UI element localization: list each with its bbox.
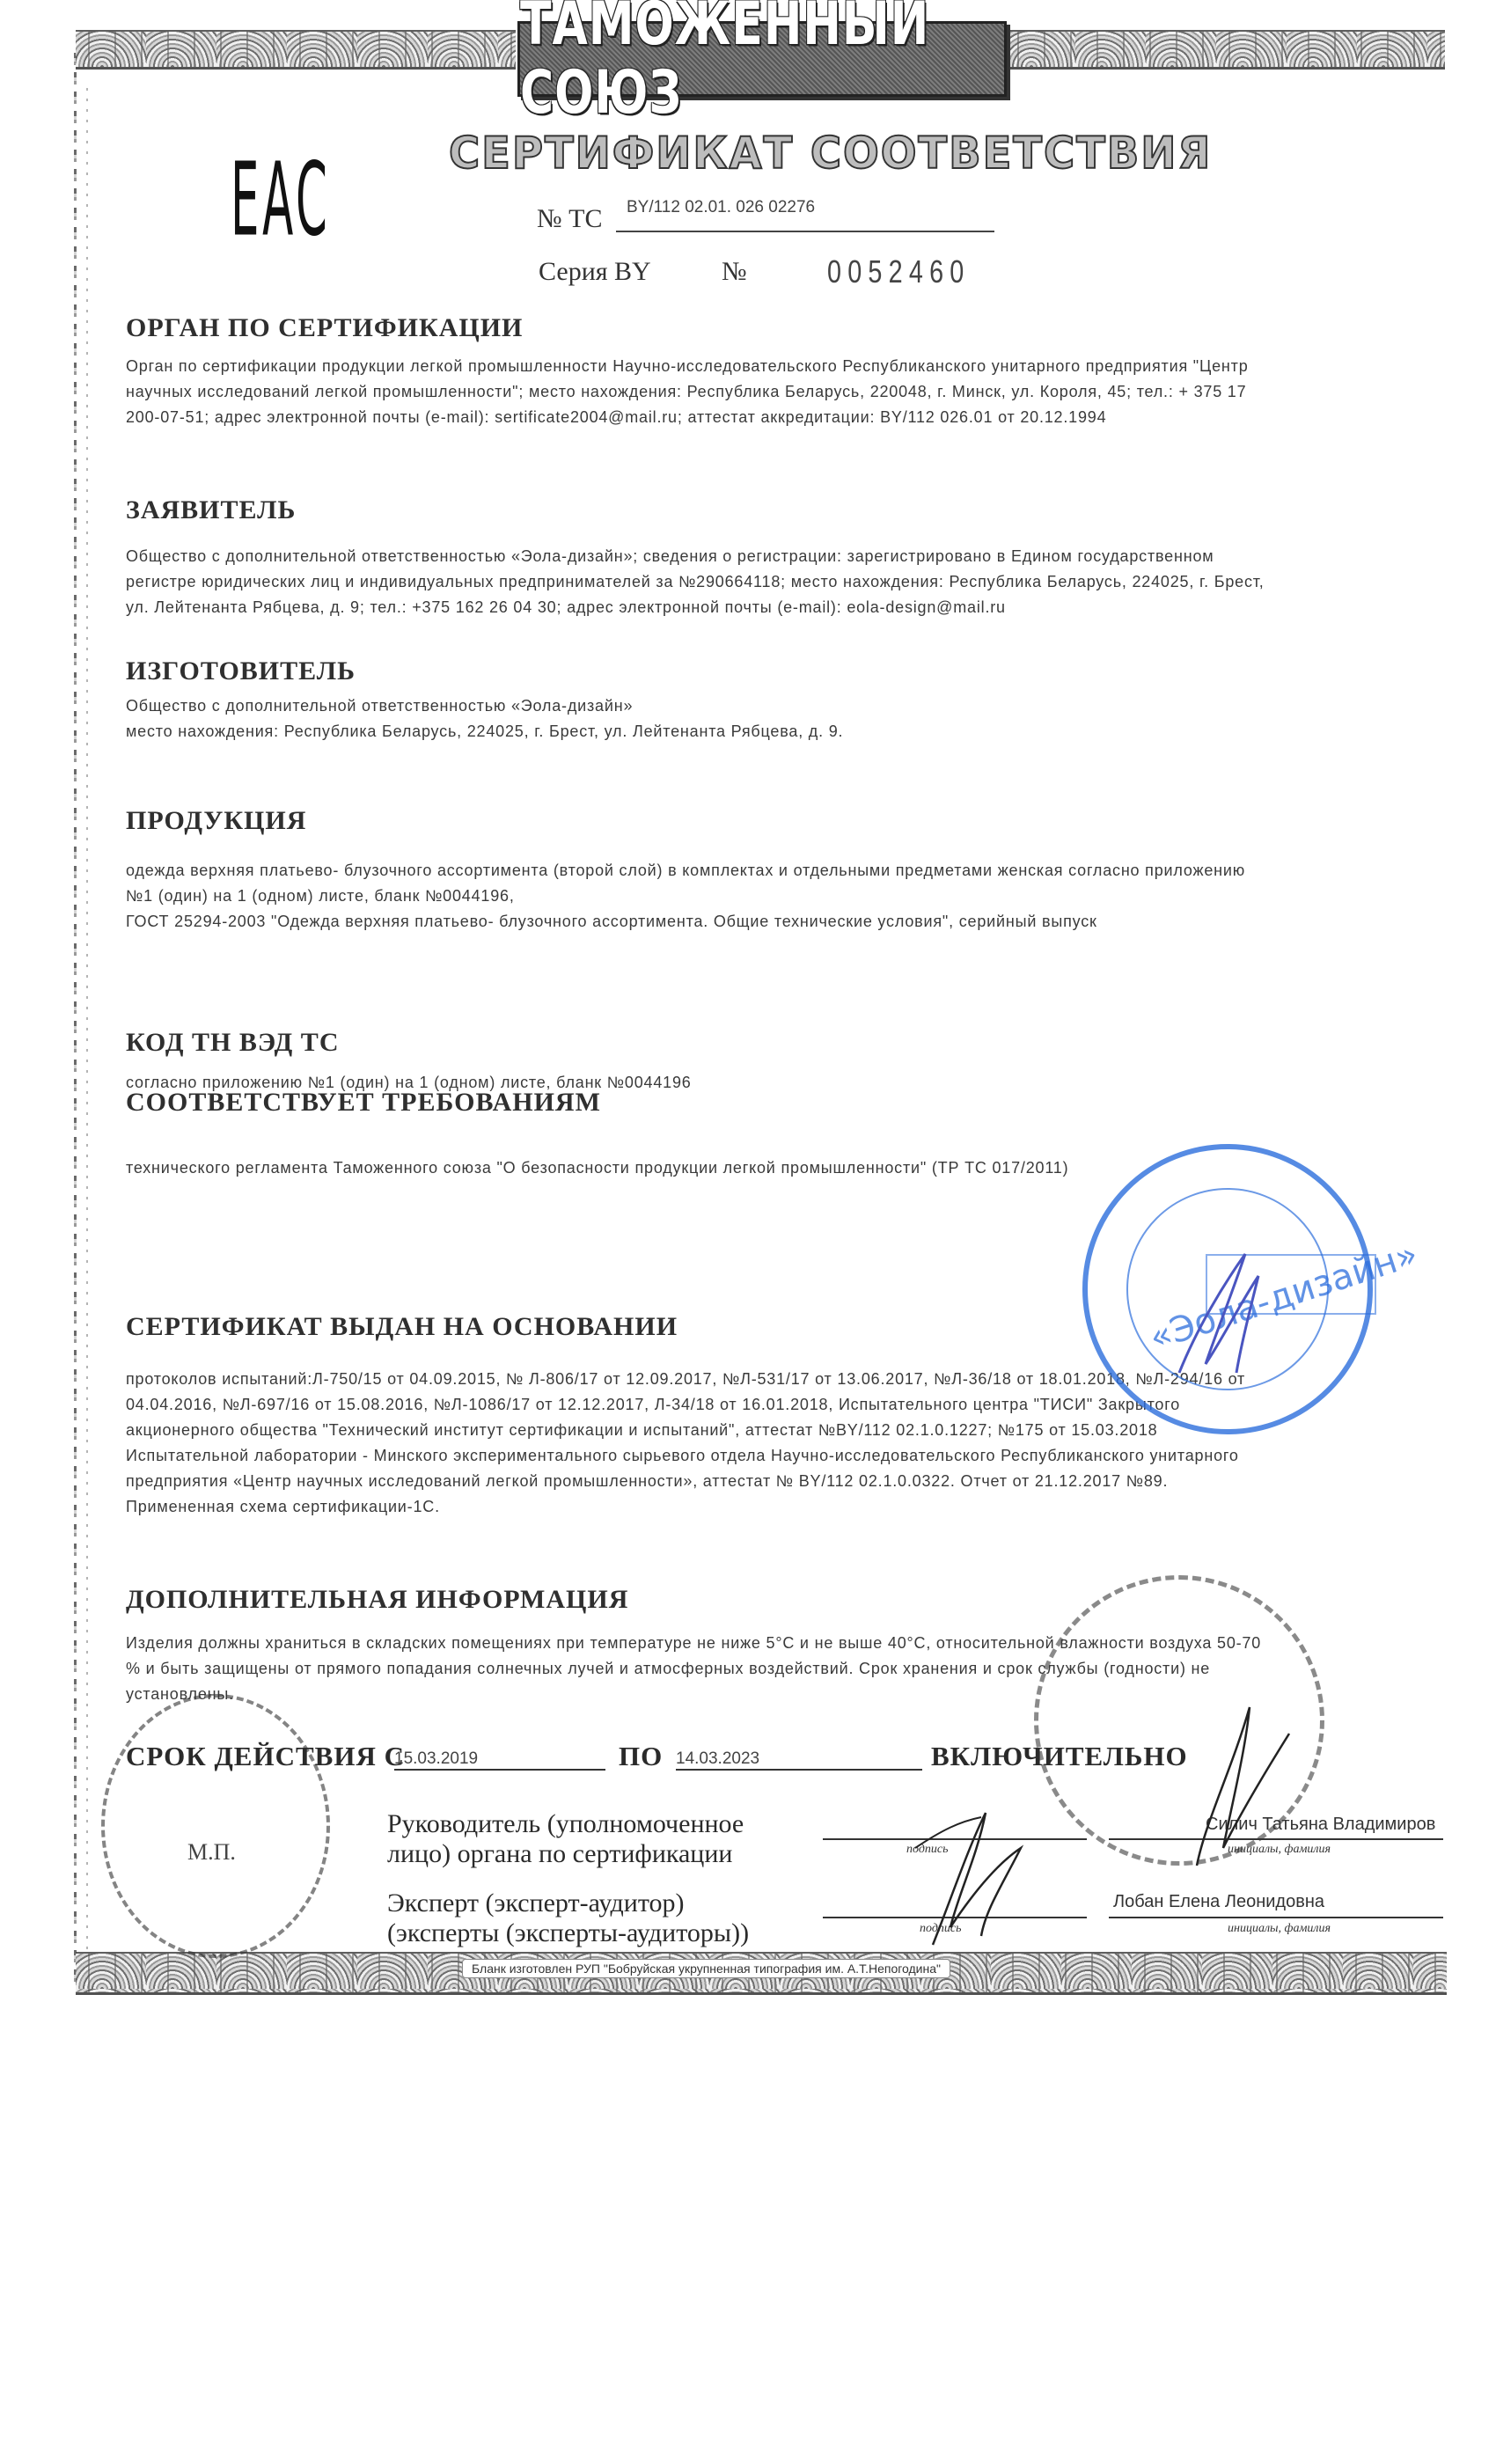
- expert-name: Лобан Елена Леонидовна: [1113, 1892, 1324, 1912]
- official-seal-icon: [101, 1694, 330, 1958]
- page-border-left: [74, 53, 77, 1989]
- section-body-applicant: Общество с дополнительной ответственност…: [126, 544, 1446, 620]
- expert-signature-icon: [898, 1795, 1074, 1954]
- validity-suffix: ВКЛЮЧИТЕЛЬНО: [931, 1741, 1188, 1772]
- validity-from-date: 15.03.2019: [394, 1749, 605, 1771]
- expert-label-line1: Эксперт (эксперт-аудитор): [387, 1888, 685, 1918]
- text-line: Испытательной лаборатории - Минского экс…: [126, 1443, 1446, 1469]
- ornamental-band-top-right: [1005, 30, 1445, 70]
- page-border-left-inner: [86, 88, 88, 1954]
- validity-to-label: ПО: [619, 1741, 663, 1772]
- text-line: Общество с дополнительной ответственност…: [126, 544, 1446, 569]
- text-line: Орган по сертификации продукции легкой п…: [126, 354, 1446, 379]
- eac-mark-icon: EAC: [231, 141, 331, 259]
- text-line: место нахождения: Республика Беларусь, 2…: [126, 719, 1446, 744]
- registration-number-value: BY/112 02.01. 026 02276: [627, 198, 815, 217]
- signature-blue-icon: [1162, 1250, 1276, 1382]
- text-line: Примененная схема сертификации-1С.: [126, 1494, 1446, 1520]
- section-heading-certification-body: ОРГАН ПО СЕРТИФИКАЦИИ: [126, 313, 523, 343]
- text-line: научных исследований легкой промышленнос…: [126, 379, 1446, 405]
- section-heading-hs-code: КОД ТН ВЭД ТС: [126, 1028, 339, 1058]
- text-line: предприятия «Центр научных исследований …: [126, 1469, 1446, 1494]
- printer-note: Бланк изготовлен РУП "Бобруйская укрупне…: [462, 1959, 950, 1978]
- expert-name-caption: инициалы, фамилия: [1228, 1922, 1331, 1936]
- registration-number-underline: [616, 231, 994, 232]
- text-line: Общество с дополнительной ответственност…: [126, 693, 1446, 719]
- series-label: Серия BY: [539, 257, 651, 287]
- text-line: ГОСТ 25294-2003 "Одежда верхняя платьево…: [126, 909, 1446, 935]
- validity-period: СРОК ДЕЙСТВИЯ С 15.03.2019 ПО 14.03.2023…: [126, 1741, 405, 1772]
- section-heading-additional-info: ДОПОЛНИТЕЛЬНАЯ ИНФОРМАЦИЯ: [126, 1585, 628, 1615]
- seal-place-label: М.П.: [187, 1839, 236, 1866]
- head-signatory-label-line2: лицо) органа по сертификации: [387, 1839, 732, 1869]
- validity-from-label: СРОК ДЕЙСТВИЯ С: [126, 1741, 405, 1771]
- section-heading-products: ПРОДУКЦИЯ: [126, 806, 306, 836]
- registration-number-label: № ТС: [537, 204, 602, 234]
- section-body-manufacturer: Общество с дополнительной ответственност…: [126, 693, 1446, 744]
- text-line: регистре юридических лиц и индивидуальны…: [126, 569, 1446, 595]
- section-heading-manufacturer: ИЗГОТОВИТЕЛЬ: [126, 656, 356, 686]
- head-signatory-label-line1: Руководитель (уполномоченное: [387, 1809, 744, 1839]
- section-body-products: одежда верхняя платьево- блузочного ассо…: [126, 858, 1446, 935]
- series-number-label: №: [722, 257, 747, 287]
- section-heading-basis: СЕРТИФИКАТ ВЫДАН НА ОСНОВАНИИ: [126, 1312, 678, 1342]
- section-body-certification-body: Орган по сертификации продукции легкой п…: [126, 354, 1446, 430]
- text-line: №1 (один) на 1 (одном) листе, бланк №004…: [126, 884, 1446, 909]
- text-line: 200-07-51; адрес электронной почты (e-ma…: [126, 405, 1446, 430]
- head-signature-icon: [1179, 1698, 1302, 1874]
- expert-name-line: [1109, 1917, 1443, 1918]
- text-line: одежда верхняя платьево- блузочного ассо…: [126, 858, 1446, 884]
- ornamental-band-top-left: [76, 30, 516, 70]
- section-heading-applicant: ЗАЯВИТЕЛЬ: [126, 495, 296, 525]
- certificate-title: СЕРТИФИКАТ СООТВЕТСТВИЯ: [449, 128, 1212, 179]
- text-line: ул. Лейтенанта Рябцева, д. 9; тел.: +375…: [126, 595, 1446, 620]
- expert-label-line2: (эксперты (эксперты-аудиторы)): [387, 1918, 749, 1948]
- series-number-value: 0052460: [827, 253, 971, 290]
- section-heading-conformity: СООТВЕТСТВУЕТ ТРЕБОВАНИЯМ: [126, 1088, 601, 1118]
- validity-to-date: 14.03.2023: [676, 1749, 922, 1771]
- customs-union-banner: ТАМОЖЕННЫЙ СОЮЗ: [517, 21, 1007, 97]
- customs-union-title: ТАМОЖЕННЫЙ СОЮЗ: [520, 0, 1004, 128]
